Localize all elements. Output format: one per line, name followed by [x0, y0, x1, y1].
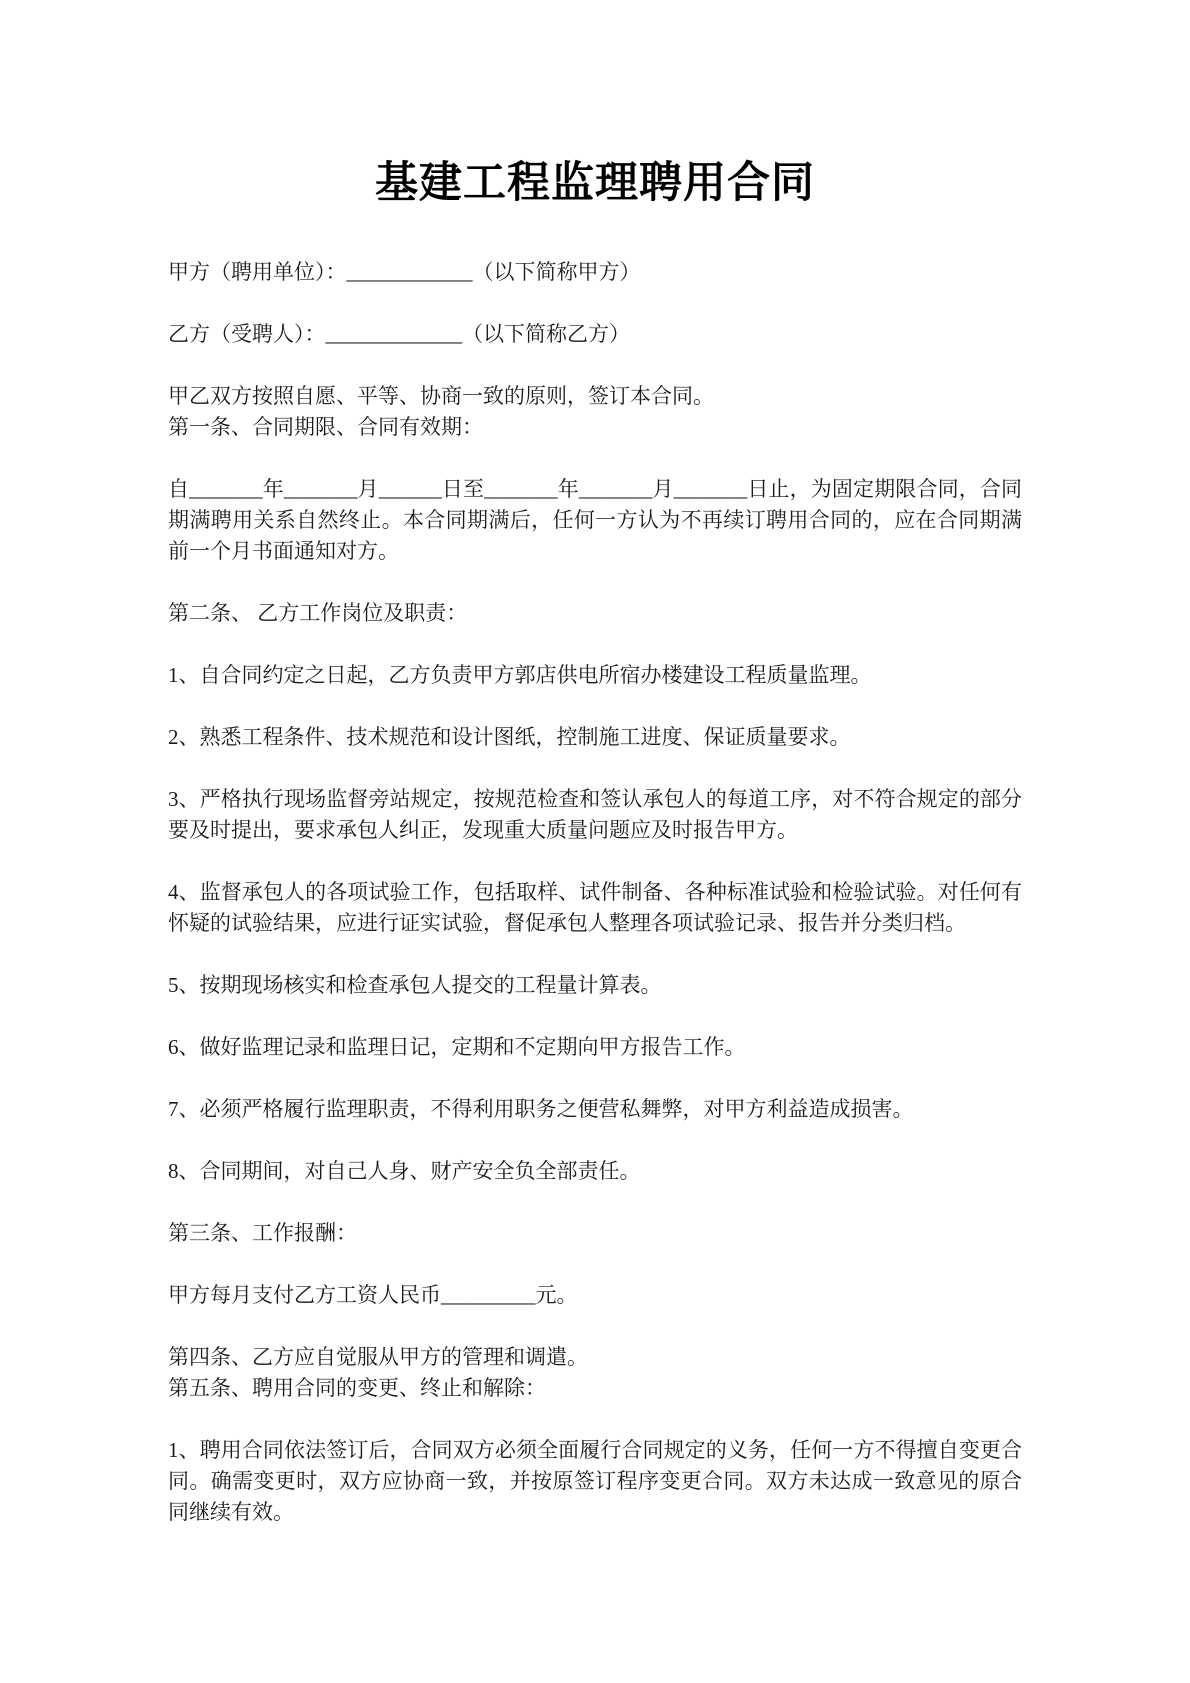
clause-2-item-2: 2、熟悉工程条件、技术规范和设计图纸，控制施工进度、保证质量要求。: [168, 722, 1022, 753]
clause-2-item-4: 4、监督承包人的各项试验工作，包括取样、试件制备、各种标准试验和检验试验。对任何…: [168, 877, 1022, 939]
document-title: 基建工程监理聘用合同: [168, 158, 1022, 210]
preamble-line: 甲乙双方按照自愿、平等、协商一致的原则，签订本合同。: [168, 381, 1022, 412]
contract-page: 基建工程监理聘用合同 甲方（聘用单位）：____________（以下简称甲方）…: [0, 0, 1190, 1683]
clause-2-item-6: 6、做好监理记录和监理日记，定期和不定期向甲方报告工作。: [168, 1032, 1022, 1063]
clause-2-item-8: 8、合同期间，对自己人身、财产安全负全部责任。: [168, 1156, 1022, 1187]
clause-5-heading: 第五条、聘用合同的变更、终止和解除：: [168, 1373, 1022, 1404]
clause-5-item-1: 1、聘用合同依法签订后，合同双方必须全面履行合同规定的义务，任何一方不得擅自变更…: [168, 1435, 1022, 1528]
clause-3-salary-paragraph: 甲方每月支付乙方工资人民币_________元。: [168, 1280, 1022, 1311]
clause-3-heading: 第三条、工作报酬：: [168, 1218, 1022, 1249]
clause-4-line: 第四条、乙方应自觉服从甲方的管理和调遣。: [168, 1342, 1022, 1373]
clause-2-item-1: 1、自合同约定之日起，乙方负责甲方郭店供电所宿办楼建设工程质量监理。: [168, 660, 1022, 691]
clause-1-heading: 第一条、合同期限、合同有效期：: [168, 412, 1022, 443]
clause-2-heading: 第二条、 乙方工作岗位及职责：: [168, 598, 1022, 629]
clause-2-item-3: 3、严格执行现场监督旁站规定，按规范检查和签认承包人的每道工序，对不符合规定的部…: [168, 784, 1022, 846]
party-a-line: 甲方（聘用单位）：____________（以下简称甲方）: [168, 257, 1022, 288]
clause-2-item-7: 7、必须严格履行监理职责，不得利用职务之便营私舞弊，对甲方利益造成损害。: [168, 1094, 1022, 1125]
clause-1-term-paragraph: 自_______年_______月______日至_______年_______…: [168, 474, 1022, 567]
party-b-line: 乙方（受聘人）：_____________（以下简称乙方）: [168, 319, 1022, 350]
clause-2-item-5: 5、按期现场核实和检查承包人提交的工程量计算表。: [168, 970, 1022, 1001]
